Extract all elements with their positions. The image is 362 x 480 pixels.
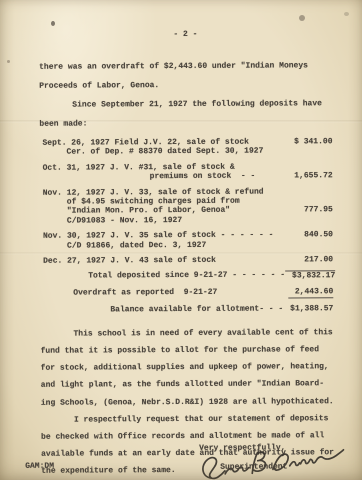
deposit-row: premiums on stock - - 1,655.72 [40, 171, 333, 182]
deposit-amount: $ 341.00 [294, 137, 332, 147]
overdraft-amount: 2,443.60 [288, 287, 333, 299]
typist-initials: GAM:DM [25, 462, 54, 471]
deposit-description: Dec. 27, 1927 J. V. 43 sale of stock [40, 256, 216, 266]
deposit-amount: 777.95 [304, 206, 333, 216]
text-line: and light plant, as the funds allotted u… [41, 375, 334, 394]
deposit-description: premiums on stock - - [40, 172, 256, 183]
overdraft-row: Overdraft as reported 9-21-27 2,443.60 [40, 287, 333, 300]
deposits-table: Sept. 26, 1927 Field J.V. 22, sale of st… [39, 137, 333, 315]
deposit-amount: 217.00 [304, 255, 333, 265]
scanned-letter-page: - 2 - there was an overdraft of $2,443.6… [0, 0, 362, 480]
deposit-description: C/D 91866, dated Dec. 3, 1927 [40, 241, 206, 251]
signer-title: Superintendent [220, 462, 287, 471]
letter-body: - 2 - there was an overdraft of $2,443.6… [0, 0, 362, 480]
balance-row: Balance available for allotment- - - $1,… [40, 304, 333, 315]
text-line: for stock, additional supplies and upkee… [41, 358, 334, 377]
overdraft-label: Overdraft as reported 9-21-27 [40, 288, 217, 300]
text-line: there was an overdraft of $2,443.60 unde… [39, 56, 332, 77]
deposit-row: C/D91083 - Nov. 16, 1927 [40, 215, 333, 226]
total-label: Total deposited since 9-21-27 - - - - - … [40, 271, 285, 283]
text-line: This school is in need of every availabl… [40, 324, 333, 343]
deposit-row: Cer. of Dep. # 88370 dated Sept. 30, 192… [40, 147, 333, 158]
deposit-row: Dec. 27, 1927 J. V. 43 sale of stock 217… [40, 255, 333, 266]
text-line: I respectfully request that our statemen… [41, 410, 334, 429]
text-line: ing Schools, (Genoa, Nebr.S.D.R&I) 1928 … [41, 393, 334, 412]
text-line: Proceeds of Labor, Genoa. [39, 75, 332, 96]
deposit-description: C/D91083 - Nov. 16, 1927 [40, 216, 182, 226]
balance-amount: $1,388.57 [290, 304, 333, 314]
text-line: been made: [39, 113, 332, 134]
total-deposited-row: Total deposited since 9-21-27 - - - - - … [40, 271, 333, 283]
deposit-description: "Indian Mon. Pro. of Labor, Genoa" [40, 206, 230, 216]
balance-label: Balance available for allotment- - - [40, 305, 283, 316]
text-line: fund that it is possible to allot for th… [41, 341, 334, 360]
deposit-description: Cer. of Dep. # 88370 dated Sept. 30, 192… [40, 147, 264, 158]
paragraph-overdraft: there was an overdraft of $2,443.60 unde… [39, 56, 332, 96]
total-amount: $3,832.17 [285, 271, 335, 282]
paragraph-school-need: This school is in need of every availabl… [40, 324, 333, 412]
deposit-row: C/D 91866, dated Dec. 3, 1927 [40, 240, 333, 251]
page-number: - 2 - [39, 29, 332, 41]
text-line: Since September 21, 1927 the following d… [39, 94, 332, 115]
deposit-amount: 1,655.72 [294, 171, 332, 181]
deposit-amount: 840.50 [304, 230, 333, 240]
paragraph-since-september: Since September 21, 1927 the following d… [39, 94, 332, 134]
